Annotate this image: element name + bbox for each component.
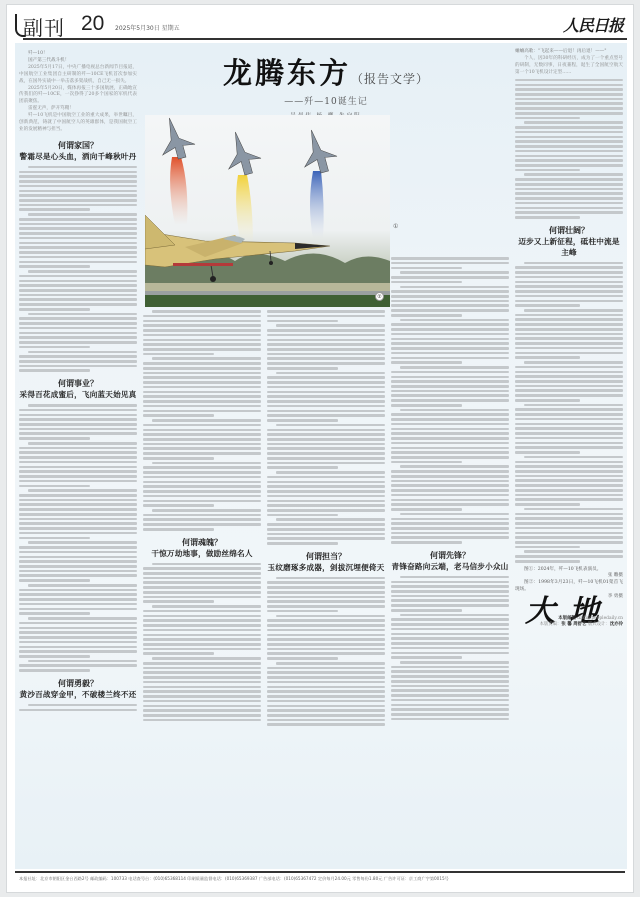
column-1: 歼—10！ 国产第三代战斗机！ 2025年5月17日，中央广播电视总台新闻节目报… xyxy=(19,43,137,869)
editor-label: 本版责编： xyxy=(539,622,561,627)
editor-names: 张 馨 周舒艺 xyxy=(561,622,586,627)
section-heading: 何谓勇毅？ 黄沙百战穿金甲，不破楼兰终不还 xyxy=(19,678,137,700)
photo-marker-2: ② xyxy=(375,292,384,301)
section-title: 黄沙百战穿金甲，不破楼兰终不还 xyxy=(19,689,137,700)
article-title: 龙腾东方 xyxy=(223,56,351,90)
section-question: 何谓担当？ xyxy=(267,551,385,562)
article-title-block: 龙腾东方（报告文学） ——歼—10诞生记 吴晨伟 杨 柳 朱向阳 xyxy=(143,51,509,121)
section-title: 警霜尽是心头血，洒向千峰秋叶丹 xyxy=(19,151,137,162)
newspaper-logo: 人民日报 xyxy=(563,13,623,36)
section-title: 青锋奋路向云端，老马信步小众山 xyxy=(391,561,509,572)
section-title: 玉纹磨琢多成器，剑拔沉埋便倚天 xyxy=(267,562,385,573)
page-number: 20 xyxy=(81,12,104,36)
caption-1: 图①：2024年，歼—10飞机表演员。 xyxy=(515,567,623,574)
section-question: 何谓勇毅？ xyxy=(19,678,137,689)
section-heading: 何谓魂魄？ 干惊万劫地事，做励丝绵名人 xyxy=(143,537,261,559)
intro-line: 歼—10！ xyxy=(19,51,137,58)
section-question: 何谓家国？ xyxy=(19,140,137,151)
section-name: 副刊 xyxy=(23,12,65,41)
article-area: 歼—10！ 国产第三代战斗机！ 2025年5月17日，中央广播电视总台新闻节目报… xyxy=(15,43,627,869)
body-text xyxy=(19,166,137,372)
intro-paragraph: 歼—10飞机是中国航空工业的重大成果，举世瞩目，创新典范，铸就了中国航空人的英雄… xyxy=(19,113,137,134)
intro-paragraph: 2025年5月17日，中央广播电视总台新闻节目报道，中国航空工业集团自主研制的歼… xyxy=(19,65,137,86)
section-heading: 何谓事业？ 采得百花成蜜后，飞向蓝天始见真 xyxy=(19,378,137,400)
jet-photo-illustration xyxy=(145,115,390,307)
section-heading: 何谓担当？ 玉纹磨琢多成器，剑拔沉埋便倚天 xyxy=(267,551,385,573)
article-genre: （报告文学） xyxy=(351,72,429,86)
column-3: 何谓担当？ 玉纹磨琢多成器，剑拔沉埋便倚天 xyxy=(267,308,385,869)
section-question: 何谓先锋？ xyxy=(391,550,509,561)
masthead-rule xyxy=(23,38,627,40)
body-text xyxy=(19,404,137,672)
designer-name: 沈亦伶 xyxy=(610,622,623,627)
designer-label: 版式设计： xyxy=(588,622,610,627)
intro-paragraph: 2025年5月20日，媒体再报三十多国航展，正确地宣传我们的歼—10CE，一次挣… xyxy=(19,86,137,107)
masthead: 副刊 20 2025年5月30日 星期五 人民日报 xyxy=(15,11,627,39)
column-2: 何谓魂魄？ 干惊万劫地事，做励丝绵名人 xyxy=(143,308,261,869)
column-5: 蛐蛐高歌："飞起来——后退！再后退！——" 个人，因30年的科研经历，成为了一个… xyxy=(515,43,623,783)
section-heading: 何谓先锋？ 青锋奋路向云端，老马信步小众山 xyxy=(391,550,509,572)
column-4: 何谓先锋？ 青锋奋路向云端，老马信步小众山 xyxy=(391,255,509,869)
section-title: 干惊万劫地事，做励丝绵名人 xyxy=(143,548,261,559)
section-heading: 何谓壮阔？ 迈步又上新征程，砥柱中流是主峰 xyxy=(515,225,623,258)
section-heading: 何谓家国？ 警霜尽是心头血，洒向千峰秋叶丹 xyxy=(19,140,137,162)
email-label: 本版邮箱 xyxy=(558,616,576,621)
section-question: 何谓壮阔？ xyxy=(515,225,623,236)
supplement-logo: 大地 xyxy=(515,609,623,616)
quote-line: 蛐蛐高歌："飞起来——后退！再后退！——" xyxy=(515,49,623,56)
photo-marker-1: ① xyxy=(393,223,398,230)
footer-rule xyxy=(15,871,625,873)
body-text xyxy=(19,704,137,711)
article-subtitle: ——歼—10诞生记 xyxy=(143,94,509,107)
section-question: 何谓魂魄？ xyxy=(143,537,261,548)
issue-date: 2025年5月30日 星期五 xyxy=(115,23,180,32)
section-question: 何谓事业？ xyxy=(19,378,137,389)
article-photo: ② xyxy=(145,115,390,307)
email-address[interactable]: dadi@peopledaily.cn xyxy=(577,616,623,621)
caption-2: 图②：1998年3月23日，歼—10飞机01架首飞现场。 xyxy=(515,580,623,594)
section-title: 迈步又上新征程，砥柱中流是主峰 xyxy=(515,236,623,258)
section-title: 采得百花成蜜后，飞向蓝天始见真 xyxy=(19,389,137,400)
footer-info: 本报社址：北京市朝阳区金台西路2号 邮政编码：100733 电话查号台：(010… xyxy=(19,876,621,882)
newspaper-page: 副刊 20 2025年5月30日 星期五 人民日报 歼—10！ 国产第三代战斗机… xyxy=(6,4,634,893)
body-paragraph: 个人，因30年的科研经历，成为了一个重点型号的研制，无数同事，日夜兼程，诞生了全… xyxy=(515,56,623,77)
intro-line: 国产第三代战斗机！ xyxy=(19,58,137,65)
